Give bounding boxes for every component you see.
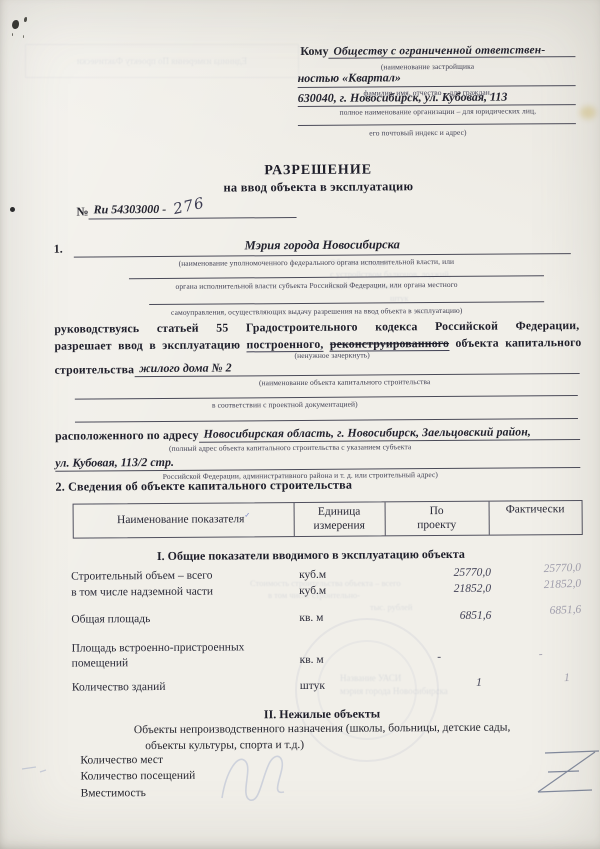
row-actual-value: 6851,6 — [499, 604, 581, 619]
document-subtitle: на ввод объекта в эксплуатацию — [38, 178, 598, 197]
row-label-line2: помещений — [72, 657, 129, 669]
caption-authority-2: органа исполнительной власти субъекта Ро… — [59, 279, 574, 292]
rule-line — [129, 275, 544, 279]
developer-name-part1: Обществу с ограниченной ответствен- — [328, 44, 575, 59]
addressee-line-1: Кому Обществу с ограниченной ответствен- — [300, 42, 575, 59]
paragraph-line-2-start: разрешает ввод в эксплуатацию — [54, 337, 240, 352]
column-header-text: Наименование показателя — [117, 513, 245, 526]
scanned-document-page: Единица измерения По проекту Фактически … — [0, 0, 600, 849]
permit-number-line: № Ru 54303000 -276 — [76, 201, 296, 220]
ink-tick: ✓ — [244, 511, 250, 519]
rule-line — [75, 418, 578, 423]
caption-postal: его почтовый индекс и адрес) — [328, 128, 508, 138]
row-label: в том числе надземной части — [71, 586, 213, 599]
column-header-text: проекту — [385, 518, 489, 533]
row-actual-value: 21852,0 — [499, 578, 581, 593]
column-header-text: По — [385, 504, 489, 519]
permit-number: Ru 54303000 -276 — [88, 198, 296, 219]
row-unit: кв. м — [300, 654, 324, 666]
row-unit: куб.м — [299, 569, 326, 581]
row-label: Общая площадь — [71, 613, 150, 626]
row-actual-value: - — [499, 647, 581, 662]
section-ii-subtitle-2: объекты культуры, спорта и т.д.) — [145, 739, 304, 752]
section1-index: 1. — [54, 242, 63, 257]
column-header-text: Фактически — [506, 503, 565, 515]
caption-object-name: (наименование объекта капитального строи… — [110, 376, 580, 388]
row-actual-value: 1 — [500, 672, 570, 687]
column-header-indicator: Наименование показателя✓ — [74, 508, 294, 527]
located-label: расположенного по адресу — [55, 428, 199, 444]
row-unit: куб.м — [299, 585, 326, 597]
list-item: Вместимость — [81, 787, 146, 799]
column-header-actual: Фактически — [489, 502, 582, 517]
number-sign: № — [76, 204, 88, 219]
row-project-value: 1 — [387, 677, 482, 690]
object-name: жилого дома № 2 — [134, 358, 580, 377]
column-header-text: Единица — [294, 504, 385, 519]
list-item: Количество мест — [80, 754, 163, 767]
caption-project-doc: в соответствии с проектной документацией… — [30, 398, 540, 411]
row-project-value: 25770,0 — [386, 567, 491, 580]
permit-number-handwritten: 276 — [171, 194, 206, 218]
object-name-line: строительства жилого дома № 2 — [55, 358, 580, 378]
column-header-text: измерения — [294, 518, 385, 533]
column-header-project: По проекту — [385, 504, 489, 533]
developer-name-part2: ностью «Квартал» — [298, 69, 576, 88]
blank-line-postal — [298, 109, 576, 126]
word-stroitelstva: строительства — [55, 362, 135, 378]
section2-heading: 2. Сведения об объекте капитального стро… — [55, 478, 352, 495]
row-project-value: - — [387, 651, 492, 664]
caption-authority-1: (наименование уполномоченного федерально… — [59, 256, 574, 269]
row-project-value: 6851,6 — [386, 610, 491, 623]
row-unit: штук — [300, 680, 325, 692]
section-ii-subtitle-1: Объекты непроизводственного назначения (… — [42, 721, 600, 737]
indicators-table-header: Наименование показателя✓ Единица измерен… — [73, 500, 583, 539]
section-i-heading: I. Общие показатели вводимого в эксплуат… — [41, 546, 581, 565]
list-item: Количество посещений — [80, 770, 195, 783]
row-label: Строительный объем – всего — [71, 570, 212, 583]
permit-number-printed: Ru 54303000 - — [94, 202, 167, 217]
kome-label: Кому — [300, 44, 328, 59]
column-header-unit: Единица измерения — [294, 504, 385, 533]
row-actual-value: 25770,0 — [499, 562, 581, 577]
authority-name: Мэрия города Новосибирска — [74, 236, 571, 254]
object-address-1: Новосибирская область, г. Новосибирск, З… — [199, 424, 581, 443]
row-label: Количество зданий — [72, 681, 166, 694]
row-project-value: 21852,0 — [386, 583, 491, 596]
paragraph-line-1: руководствуясь статьей 55 Градостроитель… — [54, 318, 579, 337]
row-label: Площадь встроенно-пристроенных — [72, 641, 245, 654]
rule-line — [149, 301, 544, 305]
developer-address: 630040, г. Новосибирск, ул. Кубовая, 113 — [298, 89, 576, 107]
row-unit: кв. м — [299, 612, 323, 624]
paragraph-line-2-end: объекта капитального — [455, 335, 581, 350]
caption-authority-3: самоуправления, осуществляющих выдачу ра… — [59, 305, 574, 318]
